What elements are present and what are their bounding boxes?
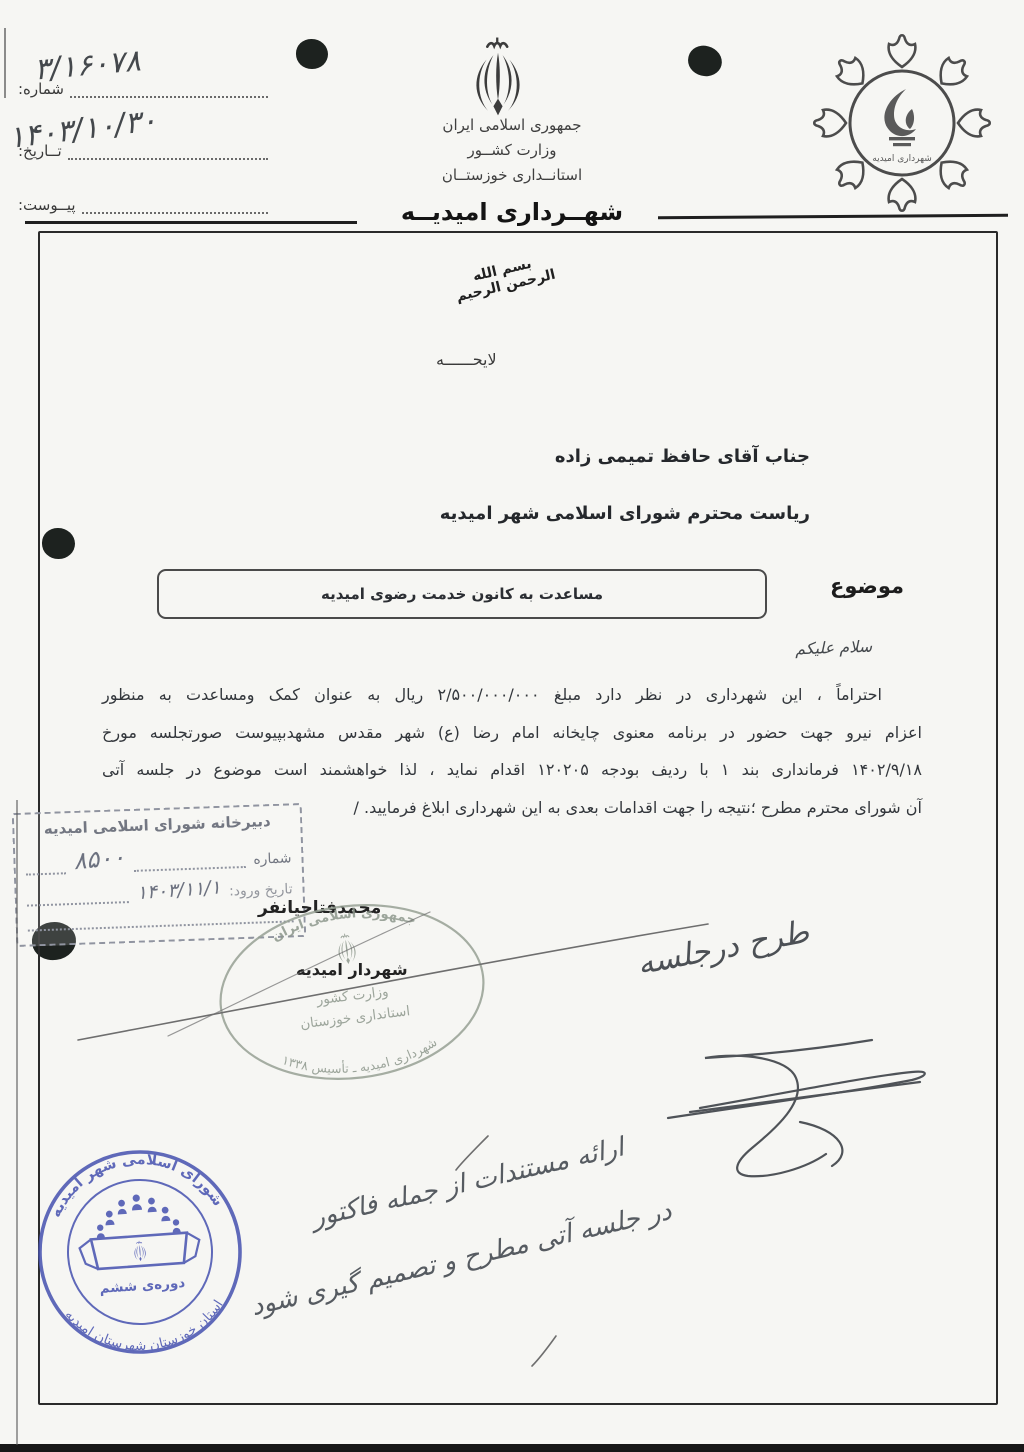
received-stamp-number-row: شماره ۸۵۰۰ (25, 838, 292, 875)
hole-punch-mark (296, 39, 328, 69)
scanned-letter-page: شماره: ۳/۱۶۰۷۸ تــاریخ: ۱۴۰۳/۱۰/۳۰ پیــو… (0, 0, 1024, 1452)
addressee-title: ریاست محترم شورای اسلامی شهر امیدیه (440, 503, 810, 524)
scan-edge-bottom (0, 1444, 1024, 1452)
oval-stamp-line2: استانداری خوزستان (299, 1003, 411, 1032)
scan-edge-left (16, 800, 18, 1445)
subject-text: مساعدت به کانون خدمت رضوی امیدیه (321, 585, 603, 603)
greeting-handwriting: سلام علیکم (795, 637, 873, 659)
municipality-title: شهــرداری امیدیــه (0, 198, 1024, 226)
received-date-value: ۱۴۰۳/۱۱/۱ (136, 876, 222, 904)
subject-box: مساعدت به کانون خدمت رضوی امیدیه (157, 569, 767, 619)
council-round-stamp-icon: شورای اسلامی شهر امیدیه دوره‌ی ششم استان… (20, 1132, 259, 1371)
svg-text:استان خوزستان شهرستان امیدیه: استان خوزستان شهرستان امیدیه (61, 1296, 230, 1360)
received-stamp-title: دبیرخانه شورای اسلامی امیدیه (24, 811, 290, 838)
addressee-name: جناب آقای حافظ تمیمی زاده (555, 446, 810, 467)
hole-punch-mark (685, 42, 725, 79)
mayor-oval-stamp-icon: جمهوری اسلامی ایران وزارت کشور استانداری… (202, 882, 503, 1103)
subject-label: موضوع (830, 574, 904, 598)
iran-emblem-icon (454, 36, 542, 120)
municipality-logo-icon: شهرداری امیدیه (802, 28, 1002, 218)
oval-stamp-line1: وزارت کشور (315, 984, 390, 1009)
body-line: احتراماً ، این شهرداری در نظر دارد مبلغ … (102, 676, 922, 714)
body-line: ۱۴۰۲/۹/۱۸ فرمانداری بند ۱ با ردیف بودجه … (102, 751, 922, 789)
scan-edge-left (4, 28, 6, 98)
body-paragraph: احتراماً ، این شهرداری در نظر دارد مبلغ … (102, 676, 922, 826)
received-stamp-date-row: تاریخ ورود: ۱۴۰۳/۱۱/۱ (26, 875, 293, 906)
received-number-value: ۸۵۰۰ (72, 843, 126, 875)
logo-caption: شهرداری امیدیه (872, 154, 932, 164)
doc-type-label: لایحــــــه (436, 350, 497, 369)
round-stamp-center-text: دوره‌ی ششم (99, 1275, 186, 1297)
number-dotted-line (70, 81, 268, 98)
round-stamp-arc-bottom: استان خوزستان شهرستان امیدیه (61, 1296, 230, 1360)
received-date-label: تاریخ ورود: (229, 881, 293, 899)
received-number-label: شماره (253, 850, 292, 867)
body-line: اعزام نیرو جهت حضور در برنامه معنوی چایخ… (102, 714, 922, 752)
